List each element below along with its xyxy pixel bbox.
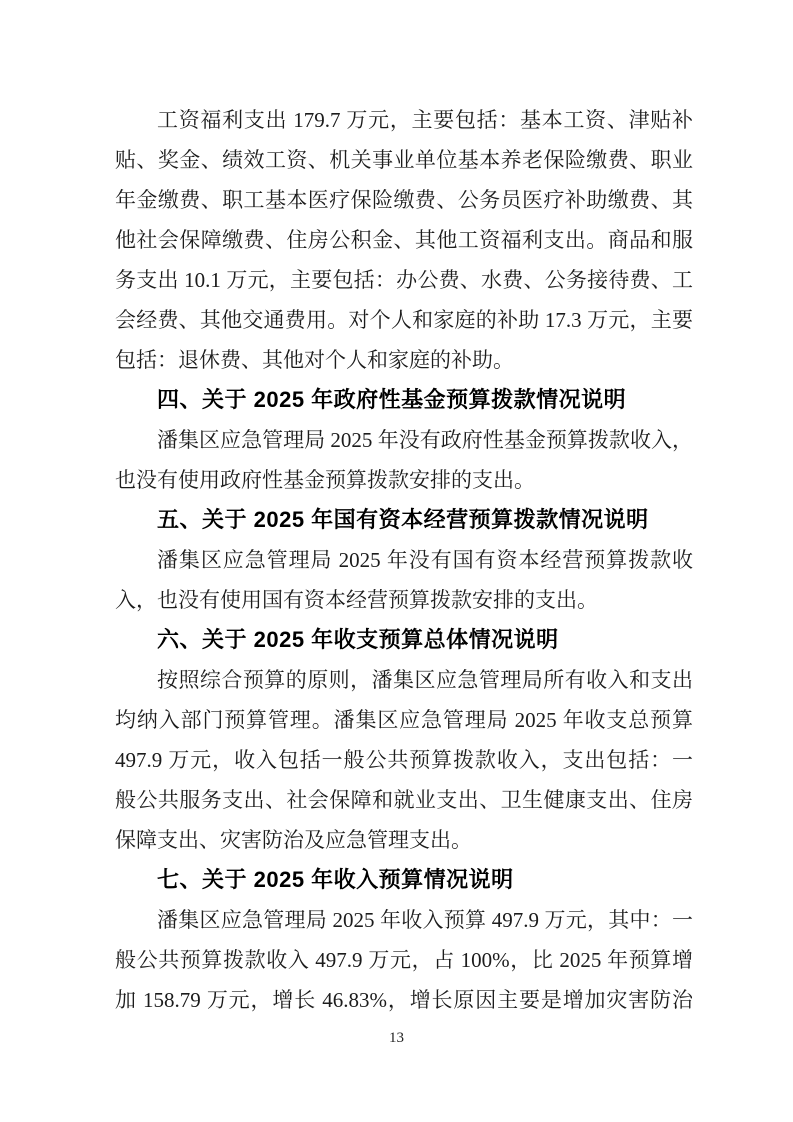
text-line: 年金缴费、职工基本医疗保险缴费、公务员医疗补助缴费、其 <box>115 180 693 220</box>
text-line: 加 158.79 万元，增长 46.83%，增长原因主要是增加灾害防治 <box>115 980 693 1020</box>
text-line: 贴、奖金、绩效工资、机关事业单位基本养老保险缴费、职业 <box>115 140 693 180</box>
section-heading: 四、关于 2025 年政府性基金预算拨款情况说明 <box>115 380 693 420</box>
text-line: 入，也没有使用国有资本经营预算拨款安排的支出。 <box>115 580 693 620</box>
document-body: 工资福利支出 179.7 万元，主要包括：基本工资、津贴补贴、奖金、绩效工资、机… <box>115 100 693 1020</box>
text-line: 潘集区应急管理局 2025 年没有国有资本经营预算拨款收 <box>115 540 693 580</box>
document-page: 工资福利支出 179.7 万元，主要包括：基本工资、津贴补贴、奖金、绩效工资、机… <box>0 0 793 1122</box>
text-line: 般公共预算拨款收入 497.9 万元，占 100%，比 2025 年预算增 <box>115 940 693 980</box>
text-line: 均纳入部门预算管理。潘集区应急管理局 2025 年收支总预算 <box>115 700 693 740</box>
page-number: 13 <box>0 1028 793 1048</box>
text-line: 也没有使用政府性基金预算拨款安排的支出。 <box>115 460 693 500</box>
section-heading: 六、关于 2025 年收支预算总体情况说明 <box>115 620 693 660</box>
text-line: 他社会保障缴费、住房公积金、其他工资福利支出。商品和服 <box>115 220 693 260</box>
text-line: 保障支出、灾害防治及应急管理支出。 <box>115 820 693 860</box>
text-line: 工资福利支出 179.7 万元，主要包括：基本工资、津贴补 <box>115 100 693 140</box>
text-line: 按照综合预算的原则，潘集区应急管理局所有收入和支出 <box>115 660 693 700</box>
text-line: 包括：退休费、其他对个人和家庭的补助。 <box>115 340 693 380</box>
text-line: 务支出 10.1 万元，主要包括：办公费、水费、公务接待费、工 <box>115 260 693 300</box>
text-line: 497.9 万元，收入包括一般公共预算拨款收入，支出包括：一 <box>115 740 693 780</box>
text-line: 般公共服务支出、社会保障和就业支出、卫生健康支出、住房 <box>115 780 693 820</box>
text-line: 潘集区应急管理局 2025 年收入预算 497.9 万元，其中：一 <box>115 900 693 940</box>
text-line: 会经费、其他交通费用。对个人和家庭的补助 17.3 万元，主要 <box>115 300 693 340</box>
section-heading: 五、关于 2025 年国有资本经营预算拨款情况说明 <box>115 500 693 540</box>
section-heading: 七、关于 2025 年收入预算情况说明 <box>115 860 693 900</box>
text-line: 潘集区应急管理局 2025 年没有政府性基金预算拨款收入， <box>115 420 693 460</box>
